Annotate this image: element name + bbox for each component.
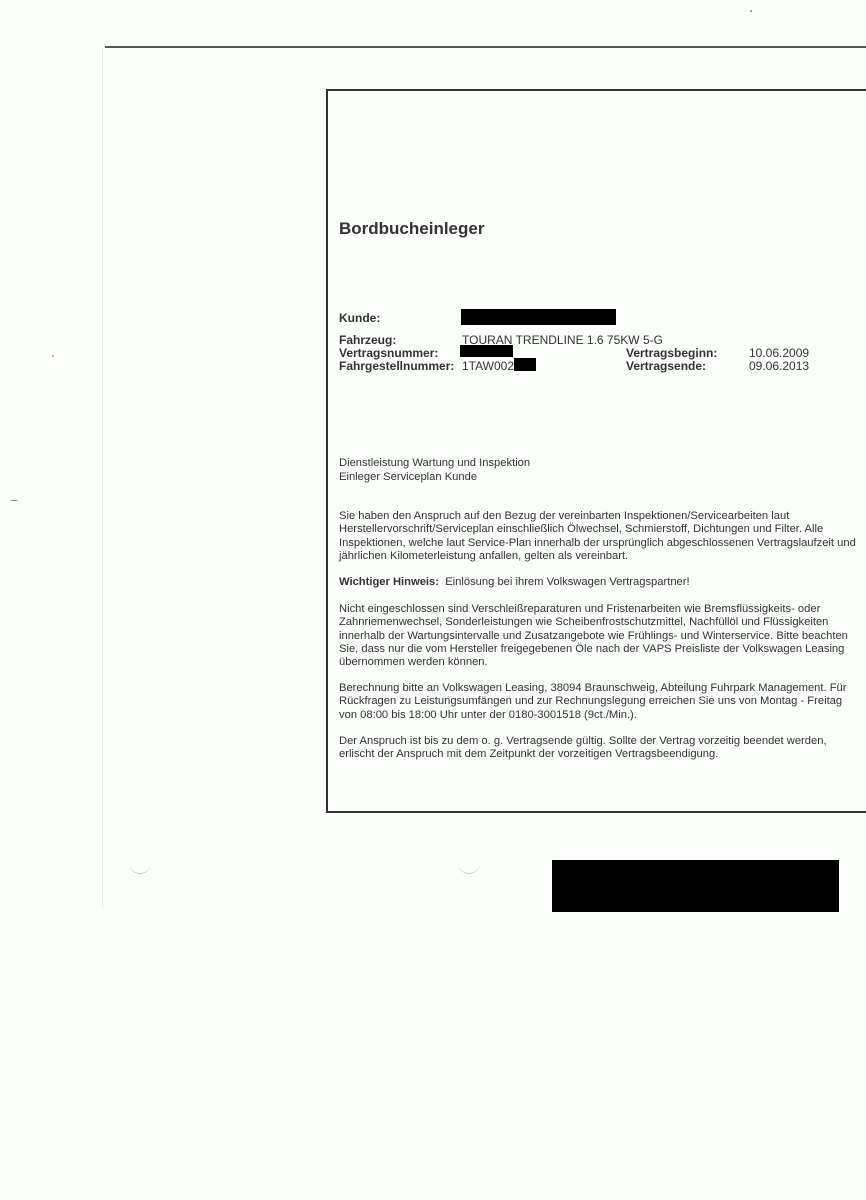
paragraph-validity: Der Anspruch ist bis zu dem o. g. Vertra…	[339, 735, 859, 762]
scan-speck	[52, 355, 54, 357]
vertragsende-label: Vertragsende:	[626, 359, 706, 373]
vertragsende-value: 09.06.2013	[749, 359, 809, 373]
service-heading-line2: Einleger Serviceplan Kunde	[339, 471, 859, 484]
scan-speck	[10, 500, 18, 501]
page-top-edge	[105, 46, 866, 48]
vertragsnummer-label: Vertragsnummer:	[339, 346, 438, 360]
paragraph-billing: Berechnung bitte an Volkswagen Leasing, …	[339, 682, 859, 722]
paragraph-entitlement: Sie haben den Anspruch auf den Bezug der…	[339, 510, 859, 563]
vertragsbeginn-value: 10.06.2009	[749, 346, 809, 360]
scan-speck	[750, 10, 752, 12]
punch-hole-mark	[129, 862, 151, 874]
service-heading-line1: Dienstleistung Wartung und Inspektion	[339, 457, 859, 470]
paragraph-exclusions: Nicht eingeschlossen sind Verschleißrepa…	[339, 603, 859, 669]
fahrzeug-label: Fahrzeug:	[339, 333, 396, 347]
vertragsbeginn-label: Vertragsbeginn:	[626, 346, 717, 360]
kunde-redaction	[461, 309, 616, 325]
fahrgestellnummer-redaction	[514, 358, 536, 371]
fahrgestellnummer-label: Fahrgestellnummer:	[339, 359, 454, 373]
fahrgestellnummer-value: 1TAW002	[462, 359, 514, 373]
page-left-edge	[102, 48, 103, 908]
punch-hole-mark	[458, 862, 480, 874]
document-title: Bordbucheinleger	[339, 219, 484, 239]
hint-label: Wichtiger Hinweis:	[339, 576, 439, 588]
signature-redaction	[552, 860, 839, 912]
important-hint: Wichtiger Hinweis: Einlösung bei ihrem V…	[339, 576, 859, 589]
kunde-label: Kunde:	[339, 311, 380, 325]
hint-text: Einlösung bei ihrem Volkswagen Vertragsp…	[445, 576, 689, 588]
vertragsnummer-redaction	[460, 345, 513, 357]
